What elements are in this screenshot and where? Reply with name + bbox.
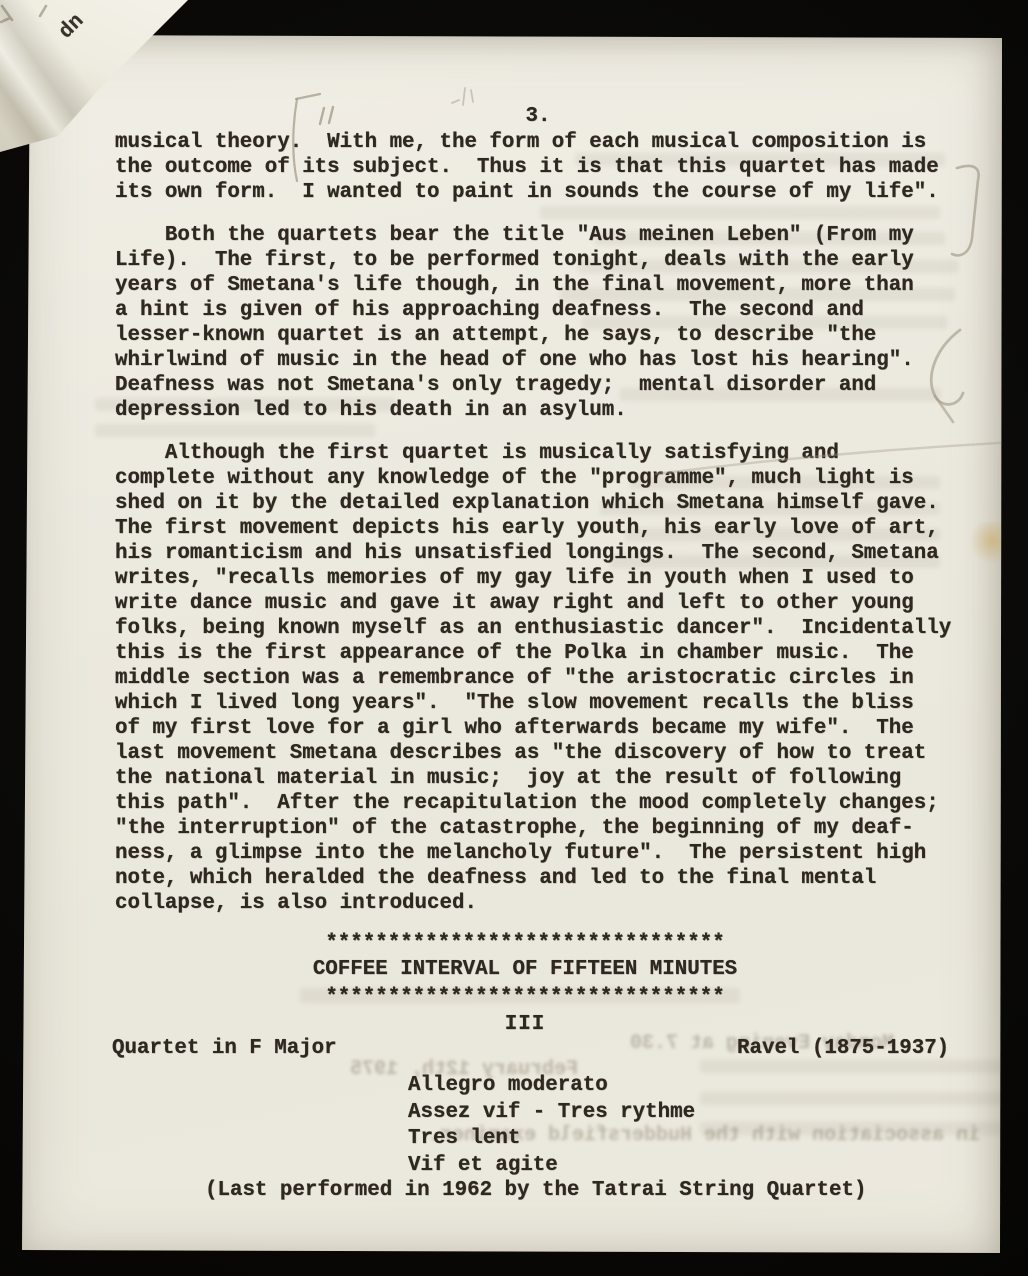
pencil-right-bracket-mark [945,158,1005,266]
page-number: 3. [498,104,578,129]
pencil-left-bracket-mark [288,88,348,188]
asterisk-divider-bottom: ******************************** [110,985,940,1010]
bleedthrough-smudge [540,206,940,219]
work-performance-note: (Last performed in 1962 by the Tatrai St… [205,1178,866,1203]
bleedthrough-smudge [700,1092,1028,1105]
pencil-arc-mark [650,402,1022,484]
paragraph-3: Although the first quartet is musically … [115,441,951,916]
interval-heading: COFFEE INTERVAL OF FIFTEEN MINUTES [110,957,940,982]
work-title: Quartet in F Major [112,1036,337,1061]
section-numeral: III [110,1012,940,1037]
bleedthrough-smudge [700,1060,1028,1073]
bleedthrough-smudge [95,424,375,437]
scanned-programme-photo: { "colors":{ "background":"#0B0A08", "pa… [0,0,1028,1276]
corner-partial-glyphs [0,0,70,50]
work-composer: Ravel (1875-1937) [737,1036,949,1061]
paragraph-1: musical theory. With me, the form of eac… [115,130,939,205]
movement-4: Vif et agite [408,1153,558,1178]
movement-1: Allegro moderato [408,1073,608,1098]
edge-stain [970,522,1006,564]
paragraph-2: Both the quartets bear the title "Aus me… [115,223,914,423]
movement-2: Assez vif - Tres rythme [408,1100,695,1125]
pencil-tick-above-pagenum [448,84,482,110]
movement-3: Tres lent [408,1126,520,1151]
asterisk-divider-top: ******************************** [110,931,940,956]
programme-page: Monday Evening at 7.30 February 12th, 19… [20,30,1008,1258]
